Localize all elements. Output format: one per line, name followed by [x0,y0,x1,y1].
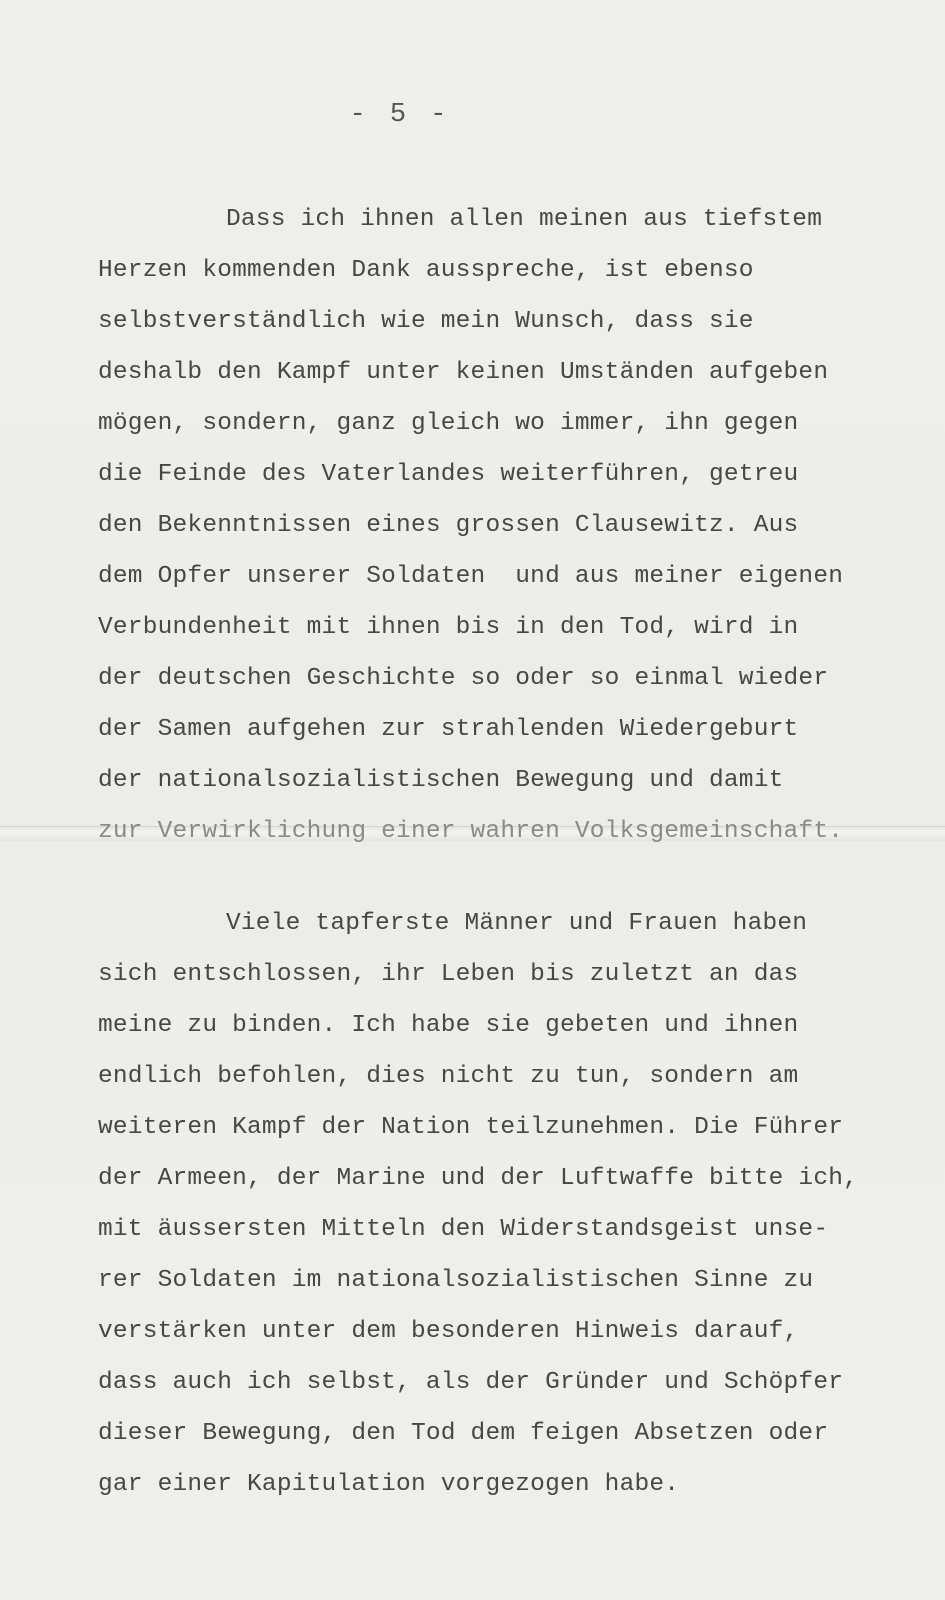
text-line: endlich befohlen, dies nicht zu tun, son… [98,1051,918,1102]
text-line: dass auch ich selbst, als der Gründer un… [98,1357,918,1408]
text-line: gar einer Kapitulation vorgezogen habe. [98,1459,918,1510]
page-number: - 5 - [0,100,800,130]
text-line: rer Soldaten im nationalsozialistischen … [98,1255,918,1306]
text-line: weiteren Kampf der Nation teilzunehmen. … [98,1102,918,1153]
text-line: Herzen kommenden Dank ausspreche, ist eb… [98,245,918,296]
text-line: der nationalsozialistischen Bewegung und… [98,755,918,806]
text-line: mögen, sondern, ganz gleich wo immer, ih… [98,398,918,449]
text-line: dieser Bewegung, den Tod dem feigen Abse… [98,1408,918,1459]
text-line: sich entschlossen, ihr Leben bis zuletzt… [98,949,918,1000]
text-line: Viele tapferste Männer und Frauen haben [98,898,918,949]
text-line: deshalb den Kampf unter keinen Umständen… [98,347,918,398]
typewritten-page: - 5 - Dass ich ihnen allen meinen aus ti… [0,0,945,1600]
text-line: den Bekenntnissen eines grossen Clausewi… [98,500,918,551]
text-line: die Feinde des Vaterlandes weiterführen,… [98,449,918,500]
text-line: der Samen aufgehen zur strahlenden Wiede… [98,704,918,755]
text-line: meine zu binden. Ich habe sie gebeten un… [98,1000,918,1051]
text-line: der deutschen Geschichte so oder so einm… [98,653,918,704]
paragraph-1: Dass ich ihnen allen meinen aus tiefstem… [98,194,918,857]
text-line: mit äussersten Mitteln den Widerstandsge… [98,1204,918,1255]
text-line-on-fold: zur Verwirklichung einer wahren Volksgem… [98,806,918,857]
text-line: dem Opfer unserer Soldaten und aus meine… [98,551,918,602]
text-line: verstärken unter dem besonderen Hinweis … [98,1306,918,1357]
text-line: der Armeen, der Marine und der Luftwaffe… [98,1153,918,1204]
text-line: Verbundenheit mit ihnen bis in den Tod, … [98,602,918,653]
text-line: selbstverständlich wie mein Wunsch, dass… [98,296,918,347]
paragraph-2: Viele tapferste Männer und Frauen haben … [98,898,918,1510]
text-line: Dass ich ihnen allen meinen aus tiefstem [98,194,918,245]
